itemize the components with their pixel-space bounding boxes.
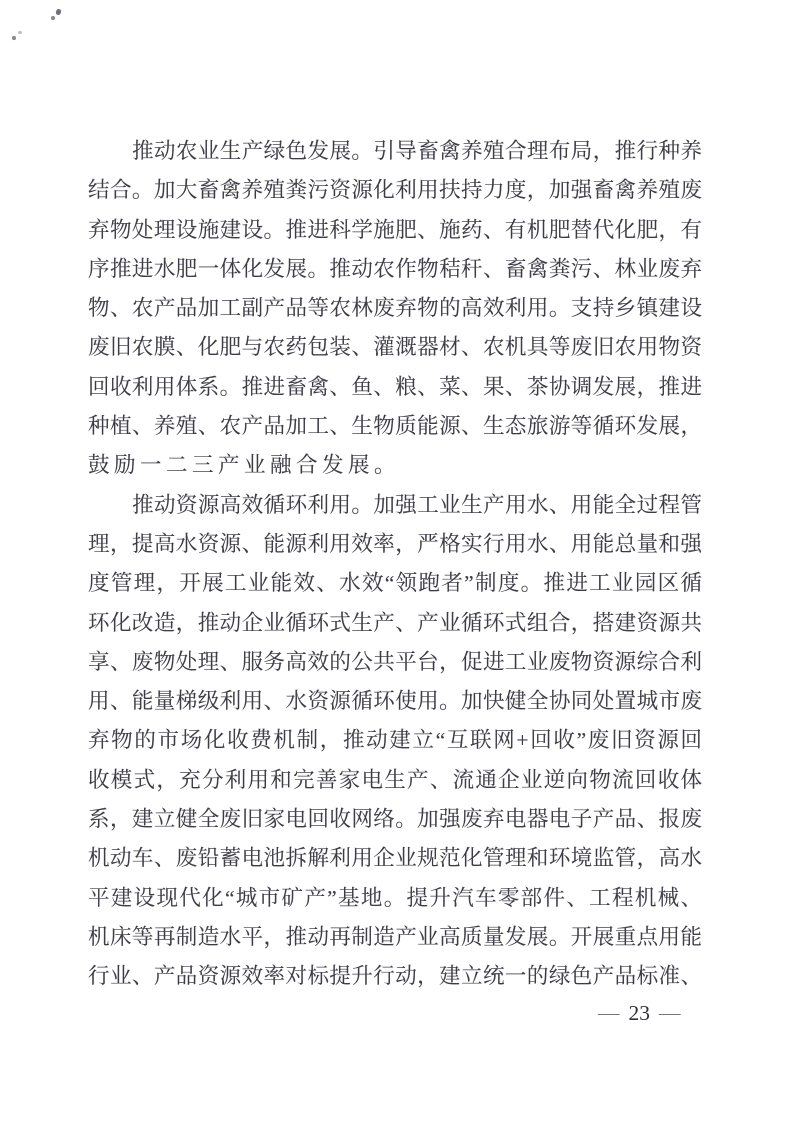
text-line: 行业、产品资源效率对标提升行动，建立统一的绿色产品标准、: [88, 957, 702, 996]
scan-speck: [51, 16, 55, 20]
text-line: 理，提高水资源、能源利用效率，严格实行用水、用能总量和强: [88, 525, 702, 564]
text-line: 推动农业生产绿色发展。引导畜禽养殖合理布局，推行种养: [88, 132, 702, 171]
text-line: 享、废物处理、服务高效的公共平台，促进工业废物资源综合利: [88, 643, 702, 682]
footer-dash-left: —: [598, 1003, 620, 1024]
text-line: 机床等再制造水平，推动再制造产业高质量发展。开展重点用能: [88, 918, 702, 957]
document-body: 推动农业生产绿色发展。引导畜禽养殖合理布局，推行种养结合。加大畜禽养殖粪污资源化…: [88, 132, 702, 997]
text-line: 种植、养殖、农产品加工、生物质能源、生态旅游等循环发展，: [88, 407, 702, 446]
text-line: 序推进水肥一体化发展。推动农作物秸秆、畜禽粪污、林业废弃: [88, 250, 702, 289]
text-line: 用、能量梯级利用、水资源循环使用。加快健全协同处置城市废: [88, 682, 702, 721]
text-line: 机动车、废铅蓄电池拆解利用企业规范化管理和环境监管，高水: [88, 839, 702, 878]
text-line: 弃物的市场化收费机制，推动建立“互联网+回收”废旧资源回: [88, 721, 702, 760]
text-line: 回收利用体系。推进畜禽、鱼、粮、菜、果、茶协调发展，推进: [88, 368, 702, 407]
text-line: 平建设现代化“城市矿产”基地。提升汽车零部件、工程机械、: [88, 879, 702, 918]
text-line: 废旧农膜、化肥与农药包装、灌溉器材、农机具等废旧农用物资: [88, 328, 702, 367]
document-page: 推动农业生产绿色发展。引导畜禽养殖合理布局，推行种养结合。加大畜禽养殖粪污资源化…: [0, 0, 789, 1121]
text-line: 弃物处理设施建设。推进科学施肥、施药、有机肥替代化肥，有: [88, 211, 702, 250]
text-line: 系，建立健全废旧家电回收网络。加强废弃电器电子产品、报废: [88, 800, 702, 839]
text-line: 结合。加大畜禽养殖粪污资源化利用扶持力度，加强畜禽养殖废: [88, 171, 702, 210]
text-line: 鼓励一二三产业融合发展。: [88, 446, 702, 485]
page-number: 23: [629, 1001, 651, 1026]
text-line: 收模式，充分利用和完善家电生产、流通企业逆向物流回收体: [88, 761, 702, 800]
page-footer: — 23 —: [598, 1001, 681, 1026]
paragraph-agriculture-green-development: 推动农业生产绿色发展。引导畜禽养殖合理布局，推行种养结合。加大畜禽养殖粪污资源化…: [88, 132, 702, 486]
footer-dash-right: —: [659, 1003, 681, 1024]
text-line: 环化改造，推动企业循环式生产、产业循环式组合，搭建资源共: [88, 604, 702, 643]
text-line: 推动资源高效循环利用。加强工业生产用水、用能全过程管: [88, 486, 702, 525]
scan-speck: [55, 8, 62, 15]
scan-speck: [12, 36, 16, 40]
scan-speck: [18, 31, 22, 34]
text-line: 物、农产品加工副产品等农林废弃物的高效利用。支持乡镇建设: [88, 289, 702, 328]
text-line: 度管理，开展工业能效、水效“领跑者”制度。推进工业园区循: [88, 564, 702, 603]
paragraph-resource-recycling: 推动资源高效循环利用。加强工业生产用水、用能全过程管理，提高水资源、能源利用效率…: [88, 486, 702, 997]
